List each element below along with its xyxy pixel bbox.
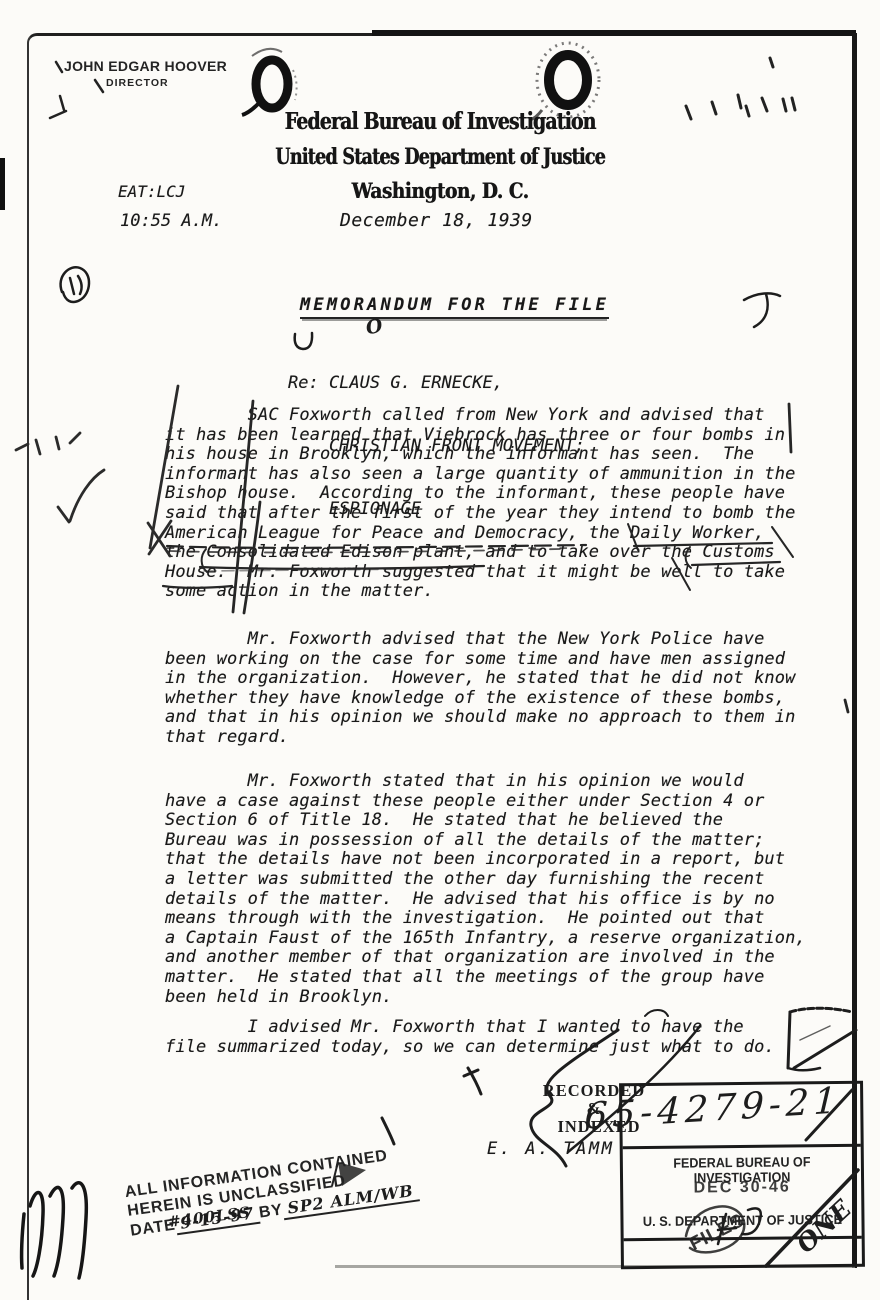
memo-title: MEMORANDUM FOR THE FILE — [300, 295, 609, 319]
typist-ref: EAT:LCJ — [118, 182, 185, 201]
paragraph-3: Mr. Foxworth stated that in his opinion … — [165, 772, 806, 1007]
paragraph-1: SAC Foxworth called from New York and ad… — [165, 406, 795, 602]
director-title: DIRECTOR — [106, 77, 227, 89]
file-number-handwritten: 65-4279-21 — [584, 1078, 880, 1138]
declass-by-label: BY — [258, 1201, 284, 1221]
director-name: JOHN EDGAR HOOVER — [64, 58, 227, 74]
memo-time: 10:55 A.M. — [120, 211, 222, 231]
stamp-box-divider-top — [623, 1144, 861, 1149]
handwritten-j-mark — [744, 293, 780, 327]
letterhead-department: United States Department of Justice — [264, 144, 616, 170]
paragraph-2: Mr. Foxworth advised that the New York P… — [165, 630, 795, 748]
signer-name: E. A. TAMM — [487, 1139, 614, 1159]
m-scribble — [22, 1183, 87, 1278]
letterhead-city: Washington, D. C. — [246, 178, 633, 203]
paragraph-4: I advised Mr. Foxworth that I wanted to … — [165, 1018, 775, 1057]
pencil-margin-marks — [16, 386, 178, 556]
handwritten-insert-letter: O — [364, 315, 384, 340]
scan-edge-smudge — [0, 158, 5, 210]
border-top-right-segment — [372, 30, 856, 36]
border-left — [27, 45, 29, 1300]
received-date: DEC 30-46 — [623, 1178, 861, 1198]
letterhead-bureau: Federal Bureau of Investigation — [260, 108, 621, 135]
memo-date: December 18, 1939 — [340, 210, 533, 231]
circled-initials-mark — [61, 267, 89, 302]
border-top-left-segment — [38, 33, 374, 36]
director-block: JOHN EDGAR HOOVER DIRECTOR — [64, 58, 227, 89]
subject-line-1: Re: CLAUS G. ERNECKE, — [288, 373, 585, 394]
hole-punch-icon — [242, 49, 297, 115]
pencil-ticks-top-right — [686, 58, 795, 119]
letterhead-block: Federal Bureau of Investigation United S… — [220, 108, 660, 203]
document-page: JOHN EDGAR HOOVER DIRECTOR Federal Burea… — [0, 0, 880, 1300]
